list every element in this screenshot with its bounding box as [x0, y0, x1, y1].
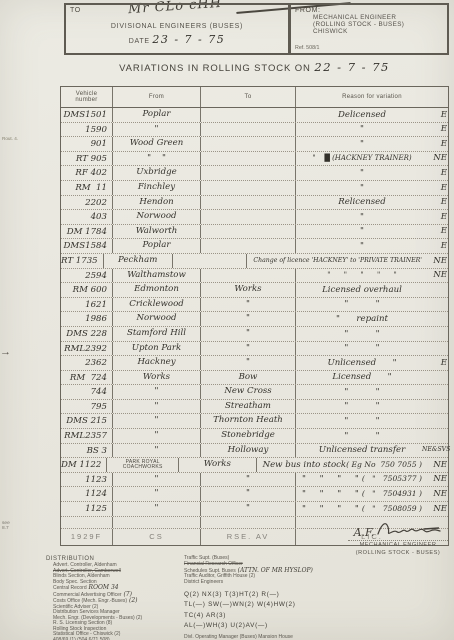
reason-text: Relicensed: [302, 196, 422, 208]
from-cell: Poplar: [113, 108, 201, 122]
vehicle-number: 2594: [61, 269, 113, 283]
date-line: DATE 23 - 7 - 75: [66, 33, 288, 46]
table-row: RT 1735PeckhamChange of licence 'HACKNEY…: [61, 254, 448, 269]
reason-cell: "E: [296, 210, 448, 224]
to-cell: ": [201, 487, 296, 501]
reason-cell: "E: [296, 166, 448, 180]
vehicle-number: RM 724: [61, 371, 113, 385]
signoff-line: (ROLLING STOCK - BUSES): [348, 550, 448, 557]
to-cell: RSE. AV: [201, 529, 296, 545]
reason-text: " " " ": [302, 503, 359, 515]
table-row: RM 724WorksBowLicensed ": [61, 371, 448, 386]
reason-cell: RelicensedE: [296, 196, 448, 210]
status-code: NE: [422, 488, 447, 500]
reason-cell: "E: [296, 137, 448, 151]
to-cell: ": [201, 327, 296, 341]
reason-text: " " " " ": [302, 269, 422, 281]
reason-text: Delicensed: [302, 109, 422, 121]
vehicle-number: 403: [61, 210, 113, 224]
distribution-item: District Engineers: [184, 580, 349, 586]
distribution-item-text: Financial Research Officer: [184, 561, 243, 567]
from-cell: ": [113, 123, 201, 137]
to-cell: [201, 123, 296, 137]
reason-text: ": [302, 182, 422, 194]
reason-cell: "E: [296, 225, 448, 239]
table-row: BS 3"HollowayUnlicensed transferNE&SVS: [61, 444, 448, 459]
reason-cell: " ": [296, 298, 448, 312]
from-box: FROM: MECHANICAL ENGINEER(ROLLING STOCK …: [289, 3, 449, 55]
vehicle-number: RT 1735: [61, 254, 104, 268]
from-cell: Poplar: [113, 239, 201, 253]
reason-cell: " ": [296, 327, 448, 341]
status-code: NE: [422, 269, 447, 281]
vehicle-number: 2362: [61, 356, 113, 370]
table-row: RM 600EdmontonWorksLicensed overhaul: [61, 283, 448, 298]
to-cell: [201, 137, 296, 151]
reason-text: ": [302, 138, 422, 150]
margin-arrow-icon: →: [0, 346, 11, 358]
table-row: RT 905" "" █ (HACKNEY TRAINER)NE: [61, 152, 448, 167]
reason-cell: "E: [296, 239, 448, 253]
distribution-mid: Traffic Supt. (Buses)Financial Research …: [184, 556, 349, 640]
reason-text: Licensed ": [302, 371, 422, 383]
reason-text: " " " ": [302, 488, 359, 500]
table-header-row: Vehicle numberFromToReason for variation: [61, 87, 448, 108]
table-row: 1621Cricklewood"" ": [61, 298, 448, 313]
to-cell: [201, 181, 296, 195]
margin-note-side: see 8.7: [2, 521, 17, 532]
reason-text: ": [302, 167, 422, 179]
table-row: 1123""" " " "( " 7505377 )NE: [61, 473, 448, 488]
status-code: NE: [422, 255, 447, 267]
table-row: 2594Walthamstow" " " " "NE: [61, 269, 448, 284]
from-cell: Norwood: [113, 312, 201, 326]
reason-text: " ": [302, 328, 422, 340]
to-cell: [201, 152, 296, 166]
from-cell: Edmonton: [113, 283, 201, 297]
engine-number: ( " 7504931 ): [362, 488, 422, 500]
table-row: DM 1784Walworth"E: [61, 225, 448, 240]
signoff-line: MECHANICAL ENGINEER: [348, 542, 448, 549]
reason-cell: Unlicensed "E: [296, 356, 448, 370]
vehicle-number: 901: [61, 137, 113, 151]
reason-text: " █ (HACKNEY TRAINER): [302, 152, 422, 164]
from-cell: ": [113, 385, 201, 399]
garage-code-allocations: Q(2) NX(3) T(3)HT(2) R(—)TL(—) SW(—)WN(2…: [184, 590, 349, 632]
reason-text: " ": [302, 415, 422, 427]
status-code: NE: [422, 473, 447, 485]
table-row: 1590""E: [61, 123, 448, 138]
to-cell: Thornton Heath: [201, 414, 296, 428]
status-code: E: [422, 182, 447, 194]
reason-cell: " repaint: [296, 312, 448, 326]
distribution-mid-list: Traffic Supt. (Buses)Financial Research …: [184, 556, 349, 586]
table-row: RML2357"Stonebridge" ": [61, 429, 448, 444]
ref-number: Ref. 508/1: [295, 45, 319, 51]
handwritten-annotation: ROOM 34: [87, 584, 119, 591]
from-cell: Walthamstow: [113, 269, 201, 283]
reason-text: ": [302, 123, 422, 135]
to-cell: New Cross: [201, 385, 296, 399]
table-row: RM 11Finchley"E: [61, 181, 448, 196]
column-header: Vehicle number: [61, 87, 113, 107]
reason-text: New bus into stock: [263, 459, 347, 471]
reason-cell: " ": [296, 385, 448, 399]
vehicle-number: 1125: [61, 502, 113, 516]
vehicle-number: 1590: [61, 123, 113, 137]
from-cell: Finchley: [113, 181, 201, 195]
reason-text: " ": [302, 342, 422, 354]
status-code: E: [422, 240, 447, 252]
to-cell: Streatham: [201, 400, 296, 414]
vehicle-number: DMS1501: [61, 108, 113, 122]
vehicle-number: 1124: [61, 487, 113, 501]
title-date: 22 - 7 - 75: [314, 60, 389, 74]
garage-code-line: TL(—) SW(—)WN(2) W(4)HW(2): [184, 600, 349, 611]
vehicle-number: 1929F: [61, 529, 113, 545]
reason-cell: " " " " "NE: [296, 269, 448, 283]
distribution-mid-bottom: Divl. Operating Manager (Buses) Mansion …: [184, 634, 349, 640]
distribution-item-text: Central Record: [53, 585, 87, 591]
from-cell: Upton Park: [113, 342, 201, 356]
date-value: 23 - 7 - 75: [152, 33, 225, 46]
vehicle-number: RML2392: [61, 342, 113, 356]
to-label: TO: [70, 7, 81, 14]
from-cell: Hackney: [113, 356, 201, 370]
table-body: DMS1501PoplarDelicensedE1590""E901Wood G…: [61, 108, 448, 517]
table-row: 901Wood Green"E: [61, 137, 448, 152]
reason-cell: " " " "( " 7508059 )NE: [296, 502, 448, 516]
reason-text: Unlicensed transfer: [302, 444, 422, 456]
reason-text: " ": [302, 430, 422, 442]
vehicle-number: 1123: [61, 473, 113, 487]
vehicle-number: 1621: [61, 298, 113, 312]
vehicle-number: 1986: [61, 312, 113, 326]
margin-note-top: Rout. 4.: [2, 136, 20, 141]
status-code: E: [422, 211, 447, 223]
table-row: 744"New Cross" ": [61, 385, 448, 400]
from-cell: Norwood: [113, 210, 201, 224]
engine-number: ( " 7508059 ): [362, 503, 422, 515]
vehicle-number: DMS 228: [61, 327, 113, 341]
date-label: DATE: [129, 38, 150, 45]
reason-text: Change of licence 'HACKNEY' to 'PRIVATE …: [253, 255, 422, 267]
to-cell: ": [201, 356, 296, 370]
reason-cell: " " " "( " 7504931 )NE: [296, 487, 448, 501]
to-cell: Bow: [201, 371, 296, 385]
to-cell: [173, 254, 248, 268]
from-cell: CS: [113, 529, 201, 545]
scanned-form-page: Mr CLo cHH TO DIVISIONAL ENGINEERS (BUSE…: [0, 0, 454, 640]
to-cell: [201, 166, 296, 180]
to-cell: ": [201, 342, 296, 356]
from-cell: PARK ROYALCOACHWORKS: [107, 458, 179, 472]
reason-text: " ": [302, 400, 422, 412]
to-cell: [201, 108, 296, 122]
from-cell: Peckham: [104, 254, 173, 268]
status-code: E: [422, 167, 447, 179]
handwritten-annotation: (2): [127, 597, 137, 604]
status-code: NE&SVS: [422, 444, 447, 456]
vehicle-number: RM 600: [61, 283, 113, 297]
reason-cell: Change of licence 'HACKNEY' to 'PRIVATE …: [247, 254, 448, 268]
status-code: NE: [422, 459, 447, 471]
garage-code-line: TC(4) AR(3): [184, 611, 349, 622]
from-cell: ": [113, 414, 201, 428]
to-cell: [201, 210, 296, 224]
from-cell: ": [113, 473, 201, 487]
vehicle-number: DM 1784: [61, 225, 113, 239]
to-cell: Holloway: [201, 444, 296, 458]
distribution-section: DISTRIBUTION Advert. Controller, Aldenha…: [46, 556, 449, 640]
reason-text: " repaint: [302, 313, 422, 325]
reason-cell: "E: [296, 123, 448, 137]
distribution-item-text: 408/69 (1) (504 6/71 508): [53, 637, 110, 640]
from-cell: Stamford Hill: [113, 327, 201, 341]
vehicle-number: RT 905: [61, 152, 113, 166]
from-cell: Wood Green: [113, 137, 201, 151]
column-header: From: [113, 87, 201, 107]
status-code: E: [422, 138, 447, 150]
to-cell: [201, 196, 296, 210]
garage-code-line: AL(—)WH(3) U(2)AV(—): [184, 621, 349, 632]
to-value: DIVISIONAL ENGINEERS (BUSES): [66, 23, 288, 30]
vehicle-number: 795: [61, 400, 113, 414]
to-cell: Works: [201, 283, 296, 297]
from-lines: MECHANICAL ENGINEER(ROLLING STOCK - BUSE…: [313, 14, 447, 36]
from-cell: ": [113, 400, 201, 414]
distribution-item-text: Commercial Advertising Officer: [53, 592, 122, 598]
from-cell: Works: [113, 371, 201, 385]
table-row: DMS1501PoplarDelicensedE: [61, 108, 448, 123]
to-box: TO DIVISIONAL ENGINEERS (BUSES) DATE 23 …: [64, 3, 289, 55]
reason-text: " " " ": [302, 473, 359, 485]
vehicle-number: RML2357: [61, 429, 113, 443]
vehicle-number: RM 11: [61, 181, 113, 195]
to-cell: ": [201, 473, 296, 487]
table-row: DMS1584Poplar"E: [61, 239, 448, 254]
from-label: FROM:: [295, 7, 321, 14]
reason-cell: New bus into stock( Eg No 750 7055 )NE: [257, 458, 448, 472]
reason-text: ": [302, 211, 422, 223]
engine-number: ( " 7505377 ): [362, 473, 422, 485]
table-row: DMS 215"Thornton Heath" ": [61, 414, 448, 429]
reason-text: ": [302, 240, 422, 252]
reason-cell: " █ (HACKNEY TRAINER)NE: [296, 152, 448, 166]
reason-text: Licensed overhaul: [302, 284, 422, 296]
page-title: VARIATIONS IN ROLLING STOCK ON 22 - 7 - …: [60, 60, 449, 74]
vehicle-number: 744: [61, 385, 113, 399]
column-header: Reason for variation: [296, 87, 448, 107]
status-code: NE: [422, 503, 447, 515]
from-line: MECHANICAL ENGINEER: [313, 14, 447, 21]
to-cell: Works: [179, 458, 256, 472]
to-cell: ": [201, 312, 296, 326]
from-line: (ROLLING STOCK - BUSES): [313, 21, 447, 28]
table-row: DM 1122PARK ROYALCOACHWORKSWorksNew bus …: [61, 458, 448, 473]
to-cell: Stonebridge: [201, 429, 296, 443]
from-line: CHISWICK: [313, 28, 447, 35]
from-cell: Uxbridge: [113, 166, 201, 180]
table-row: 1124""" " " "( " 7504931 )NE: [61, 487, 448, 502]
table-row: 2362Hackney"Unlicensed "E: [61, 356, 448, 371]
from-cell: ": [113, 444, 201, 458]
to-cell: ": [201, 502, 296, 516]
status-code: E: [422, 196, 447, 208]
reason-cell: " ": [296, 414, 448, 428]
table-row: 795"Streatham" ": [61, 400, 448, 415]
to-cell: [201, 269, 296, 283]
reason-cell: " ": [296, 342, 448, 356]
reason-cell: Licensed ": [296, 371, 448, 385]
from-cell: ": [113, 502, 201, 516]
status-code: E: [422, 109, 447, 121]
from-line-2: COACHWORKS: [107, 465, 178, 471]
signature: A.F.: [348, 519, 448, 541]
reason-cell: Licensed overhaul: [296, 283, 448, 297]
vehicle-number: DM 1122: [61, 458, 107, 472]
column-header: To: [201, 87, 296, 107]
vehicle-number: DMS1584: [61, 239, 113, 253]
from-cell: Cricklewood: [113, 298, 201, 312]
table-row: 1986Norwood"" repaint: [61, 312, 448, 327]
vehicle-number: 2202: [61, 196, 113, 210]
vehicle-number: RF 402: [61, 166, 113, 180]
garage-code-line: Q(2) NX(3) T(3)HT(2) R(—): [184, 590, 349, 601]
reason-cell: " ": [296, 429, 448, 443]
from-cell: ": [113, 429, 201, 443]
distribution-left-list: Advert. Controller, AldenhamAdvert. Cont…: [46, 563, 184, 640]
vehicle-number: DMS 215: [61, 414, 113, 428]
to-cell: [201, 239, 296, 253]
reason-cell: " " " "( " 7505377 )NE: [296, 473, 448, 487]
table-row: RF 402Uxbridge"E: [61, 166, 448, 181]
variations-table: Vehicle numberFromToReason for variation…: [60, 86, 449, 546]
distribution-item-text: District Engineers: [184, 579, 223, 585]
table-row: 403Norwood"E: [61, 210, 448, 225]
status-code: NE: [422, 152, 447, 164]
status-code: E: [422, 225, 447, 237]
from-cell: Hendon: [113, 196, 201, 210]
from-cell: ": [113, 487, 201, 501]
status-code: E: [422, 123, 447, 135]
reason-cell: DelicensedE: [296, 108, 448, 122]
reason-cell: " ": [296, 400, 448, 414]
table-row: RML2392Upton Park"" ": [61, 342, 448, 357]
table-row: 2202HendonRelicensedE: [61, 196, 448, 211]
to-cell: [201, 225, 296, 239]
reason-cell: Unlicensed transferNE&SVS: [296, 444, 448, 458]
reason-cell: "E: [296, 181, 448, 195]
signoff-lines: MECHANICAL ENGINEER(ROLLING STOCK - BUSE…: [348, 542, 448, 557]
signature-initials: A.F.: [354, 526, 375, 539]
table-row: DMS 228Stamford Hill"" ": [61, 327, 448, 342]
signoff-block: A.F. MECHANICAL ENGINEER(ROLLING STOCK -…: [348, 519, 448, 557]
from-cell: Walworth: [113, 225, 201, 239]
reason-text: Unlicensed ": [302, 357, 422, 369]
vehicle-number: BS 3: [61, 444, 113, 458]
from-cell: " ": [113, 152, 201, 166]
reason-text: ": [302, 225, 422, 237]
table-row: 1125""" " " "( " 7508059 )NE: [61, 502, 448, 517]
status-code: E: [422, 357, 447, 369]
title-printed: VARIATIONS IN ROLLING STOCK ON: [119, 63, 311, 74]
reason-text: " ": [302, 386, 422, 398]
to-cell: ": [201, 298, 296, 312]
engine-number: ( Eg No 750 7055 ): [346, 459, 422, 471]
signature-scribble-icon: [376, 519, 442, 539]
reason-text: " ": [302, 298, 422, 310]
